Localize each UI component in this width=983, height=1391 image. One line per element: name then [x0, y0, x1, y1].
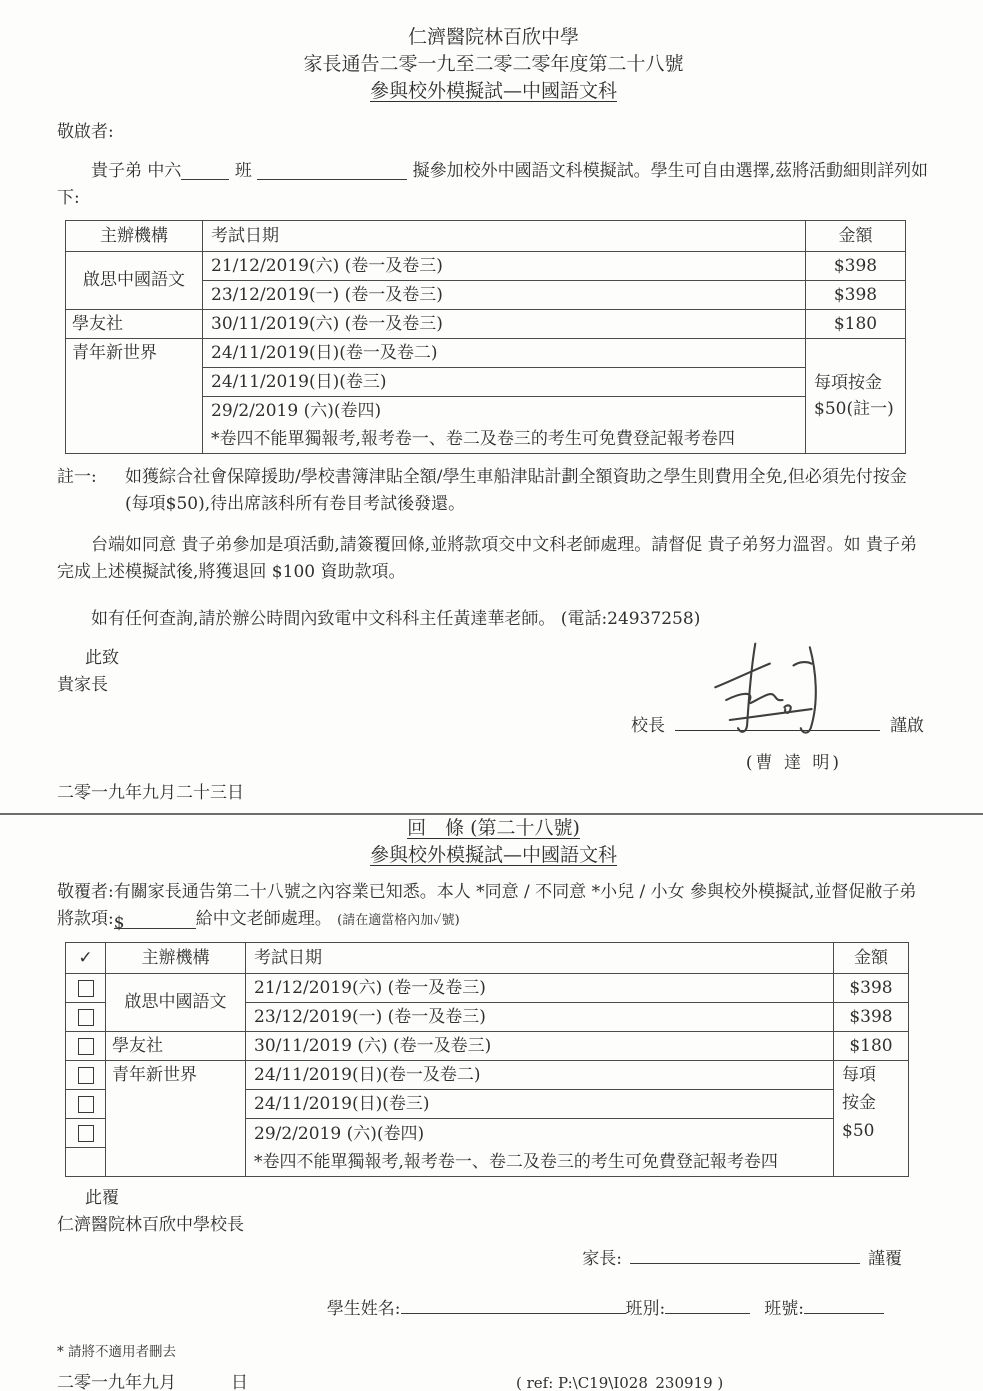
schedule-table-header-row: 主辦機構 考試日期 金額 — [66, 221, 906, 252]
organizer-cell: 啟思中國語文 — [106, 974, 246, 1032]
class-number-label: 班號: — [764, 1296, 804, 1323]
organizer-cell: 學友社 — [106, 1032, 246, 1061]
table-row: 青年新世界 24/11/2019(日)(卷一及卷二) 每項按金 $50(註一) — [66, 339, 906, 368]
fee-cell: $180 — [806, 310, 906, 339]
exam-date-text: 29/2/2019 (六)(卷四) — [211, 397, 797, 425]
exam-date-text: 29/2/2019 (六)(卷四) — [254, 1120, 825, 1148]
option-checkbox[interactable] — [78, 1067, 94, 1084]
school-name: 仁濟醫院林百欣中學 — [57, 24, 930, 51]
exam-date-cell: 24/11/2019(日)(卷三) — [203, 368, 806, 397]
principal-signature-row: 校長 謹啟 — [631, 713, 924, 740]
principal-signature — [693, 640, 843, 740]
reply-date-day-blank[interactable] — [176, 1370, 231, 1391]
note1-label: 註一: — [57, 464, 125, 518]
organizer-cell: 青年新世界 — [66, 339, 203, 454]
amount-blank[interactable]: $ — [114, 910, 196, 929]
exam-date-cell: 23/12/2019(一) (卷一及卷三) — [203, 281, 806, 310]
option-checkbox[interactable] — [78, 1038, 94, 1055]
deposit-line: 每項按金 — [814, 370, 897, 396]
footer-row: 二零一九年九月日 ( ref: P:\C19\I028_230919 ) — [57, 1370, 930, 1391]
schedule-table: 主辦機構 考試日期 金額 啟思中國語文 21/12/2019(六) (卷一及卷三… — [65, 220, 906, 454]
exam-date-cell: 24/11/2019(日)(卷一及卷二) — [246, 1061, 834, 1090]
salutation: 敬啟者: — [57, 119, 930, 146]
paper4-footnote: *卷四不能單獨報考,報考卷一、卷二及卷三的考生可免費登記報考卷四 — [211, 425, 797, 453]
header-exam-date: 考試日期 — [246, 943, 834, 974]
reply-slip-subtitle: 參與校外模擬試—中國語文科 — [370, 844, 617, 866]
delete-inapplicable-note: * 請將不適用者刪去 — [57, 1339, 930, 1366]
reply-table: ✓ 主辦機構 考試日期 金額 啟思中國語文 21/12/2019(六) (卷一及… — [65, 942, 909, 1177]
parent-signature-blank[interactable] — [630, 1245, 860, 1264]
deposit-line: 按金 — [842, 1089, 900, 1117]
exam-date-cell: 23/12/2019(一) (卷一及卷三) — [246, 1003, 834, 1032]
note1-paragraph: 註一: 如獲綜合社會保障援助/學校書簿津貼全額/學生車船津貼計劃全額資助之學生則… — [57, 464, 930, 518]
enquiry-paragraph: 如有任何查詢,請於辦公時間內致電中文科科主任黃達華老師。 (電話:2493725… — [57, 606, 930, 633]
option-checkbox[interactable] — [78, 1125, 94, 1142]
subject-title: 參與校外模擬試—中國語文科 — [370, 80, 617, 102]
empty-checkbox-cell — [66, 1148, 106, 1177]
header-tick: ✓ — [66, 943, 106, 974]
header-organizer: 主辦機構 — [66, 221, 203, 252]
deposit-line: 每項 — [842, 1061, 900, 1089]
option-checkbox[interactable] — [78, 980, 94, 997]
fee-cell: $398 — [806, 281, 906, 310]
exam-date-cell: 30/11/2019 (六) (卷一及卷三) — [246, 1032, 834, 1061]
cifu-label: 此覆 — [57, 1185, 930, 1212]
table-row: 啟思中國語文 21/12/2019(六) (卷一及卷三) $398 — [66, 252, 906, 281]
reply-seg2: 給中文老師處理。 — [196, 909, 332, 929]
principal-label: 校長 — [631, 716, 665, 736]
deposit-cell: 每項按金 $50(註一) — [806, 339, 906, 454]
jinfu-label: 謹覆 — [868, 1246, 902, 1273]
reply-school-principal: 仁濟醫院林百欣中學校長 — [57, 1212, 930, 1239]
principal-name: (曹 達 明) — [746, 750, 842, 777]
table-row: 啟思中國語文 21/12/2019(六) (卷一及卷三) $398 — [66, 974, 909, 1003]
agreement-paragraph: 台端如同意 貴子弟參加是項活動,請簽覆回條,並將款項交中文科老師處理。請督促 貴… — [57, 532, 930, 586]
fee-cell: $398 — [806, 252, 906, 281]
scanned-notice-page: 仁濟醫院林百欣中學 家長通告二零一九至二零二零年度第二十八號 參與校外模擬試—中… — [0, 0, 983, 1391]
header-organizer: 主辦機構 — [106, 943, 246, 974]
note1-text: 如獲綜合社會保障援助/學校書簿津貼全額/學生車船津貼計劃全額資助之學生則費用全免… — [125, 464, 930, 518]
organizer-cell: 學友社 — [66, 310, 203, 339]
exam-date-cell: 30/11/2019(六) (卷一及卷三) — [203, 310, 806, 339]
intro-seg2: 班 — [235, 161, 252, 181]
student-name-blank[interactable] — [401, 1295, 626, 1314]
reply-date-day-label: 日 — [231, 1370, 248, 1391]
option-checkbox[interactable] — [78, 1009, 94, 1026]
student-info-row: 學生姓名:班別:班號: — [57, 1295, 884, 1323]
table-row: 學友社 30/11/2019 (六) (卷一及卷三) $180 — [66, 1032, 909, 1061]
student-name-label: 學生姓名: — [327, 1296, 401, 1323]
header-fee: 金額 — [834, 943, 909, 974]
reply-date-prefix: 二零一九年九月 — [57, 1370, 176, 1391]
deposit-cell: 每項 按金 $50 — [834, 1061, 909, 1177]
organizer-cell: 啟思中國語文 — [66, 252, 203, 310]
fee-cell: $398 — [834, 974, 909, 1003]
class-label: 班別: — [626, 1296, 666, 1323]
reply-body: 敬覆者:有關家長通告第二十八號之內容業已知悉。本人 *同意 / 不同意 *小兒 … — [57, 879, 930, 934]
option-checkbox[interactable] — [78, 1096, 94, 1113]
class-number-blank[interactable] — [804, 1295, 884, 1314]
student-name-blank-top[interactable] — [257, 161, 407, 180]
parent-signature-row: 家長: 謹覆 — [57, 1245, 902, 1273]
class-blank[interactable] — [181, 161, 229, 180]
jinqi-label: 謹啟 — [890, 716, 924, 736]
reply-table-header-row: ✓ 主辦機構 考試日期 金額 — [66, 943, 909, 974]
exam-date-cell: 29/2/2019 (六)(卷四) *卷四不能單獨報考,報考卷一、卷二及卷三的考… — [246, 1119, 834, 1177]
exam-date-cell: 24/11/2019(日)(卷三) — [246, 1090, 834, 1119]
table-row: 青年新世界 24/11/2019(日)(卷一及卷二) 每項 按金 $50 — [66, 1061, 909, 1090]
fee-cell: $398 — [834, 1003, 909, 1032]
exam-date-cell: 29/2/2019 (六)(卷四) *卷四不能單獨報考,報考卷一、卷二及卷三的考… — [203, 397, 806, 454]
dollar-sign: $ — [114, 913, 125, 933]
tick-instruction: (請在適當格內加✓號) — [337, 913, 460, 928]
principal-signature-line — [675, 729, 880, 731]
ref-code: ( ref: P:\C19\I028_230919 ) — [516, 1370, 723, 1391]
class-blank-bottom[interactable] — [665, 1295, 750, 1314]
notice-number-line: 家長通告二零一九至二零二零年度第二十八號 — [57, 51, 930, 78]
intro-paragraph: 貴子弟 中六 班 擬參加校外中國語文科模擬試。學生可自由選擇,茲將活動細則詳列如… — [57, 158, 930, 212]
parent-label: 家長: — [582, 1246, 622, 1273]
intro-seg1: 貴子弟 中六 — [91, 161, 181, 181]
reply-slip-title: 回 條 (第二十八號) — [407, 817, 580, 839]
table-row: 學友社 30/11/2019(六) (卷一及卷三) $180 — [66, 310, 906, 339]
deposit-line: $50(註一) — [814, 396, 897, 422]
paper4-footnote: *卷四不能單獨報考,報考卷一、卷二及卷三的考生可免費登記報考卷四 — [254, 1148, 825, 1176]
exam-date-cell: 21/12/2019(六) (卷一及卷三) — [203, 252, 806, 281]
header-fee: 金額 — [806, 221, 906, 252]
letter-date: 二零一九年九月二十三日 — [57, 780, 930, 807]
letter-closing: 此致 貴家長 校長 謹啟 (曹 達 明) — [57, 645, 930, 780]
fee-cell: $180 — [834, 1032, 909, 1061]
deposit-line: $50 — [842, 1117, 900, 1145]
exam-date-cell: 24/11/2019(日)(卷一及卷二) — [203, 339, 806, 368]
header-exam-date: 考試日期 — [203, 221, 806, 252]
organizer-cell: 青年新世界 — [106, 1061, 246, 1177]
exam-date-cell: 21/12/2019(六) (卷一及卷三) — [246, 974, 834, 1003]
